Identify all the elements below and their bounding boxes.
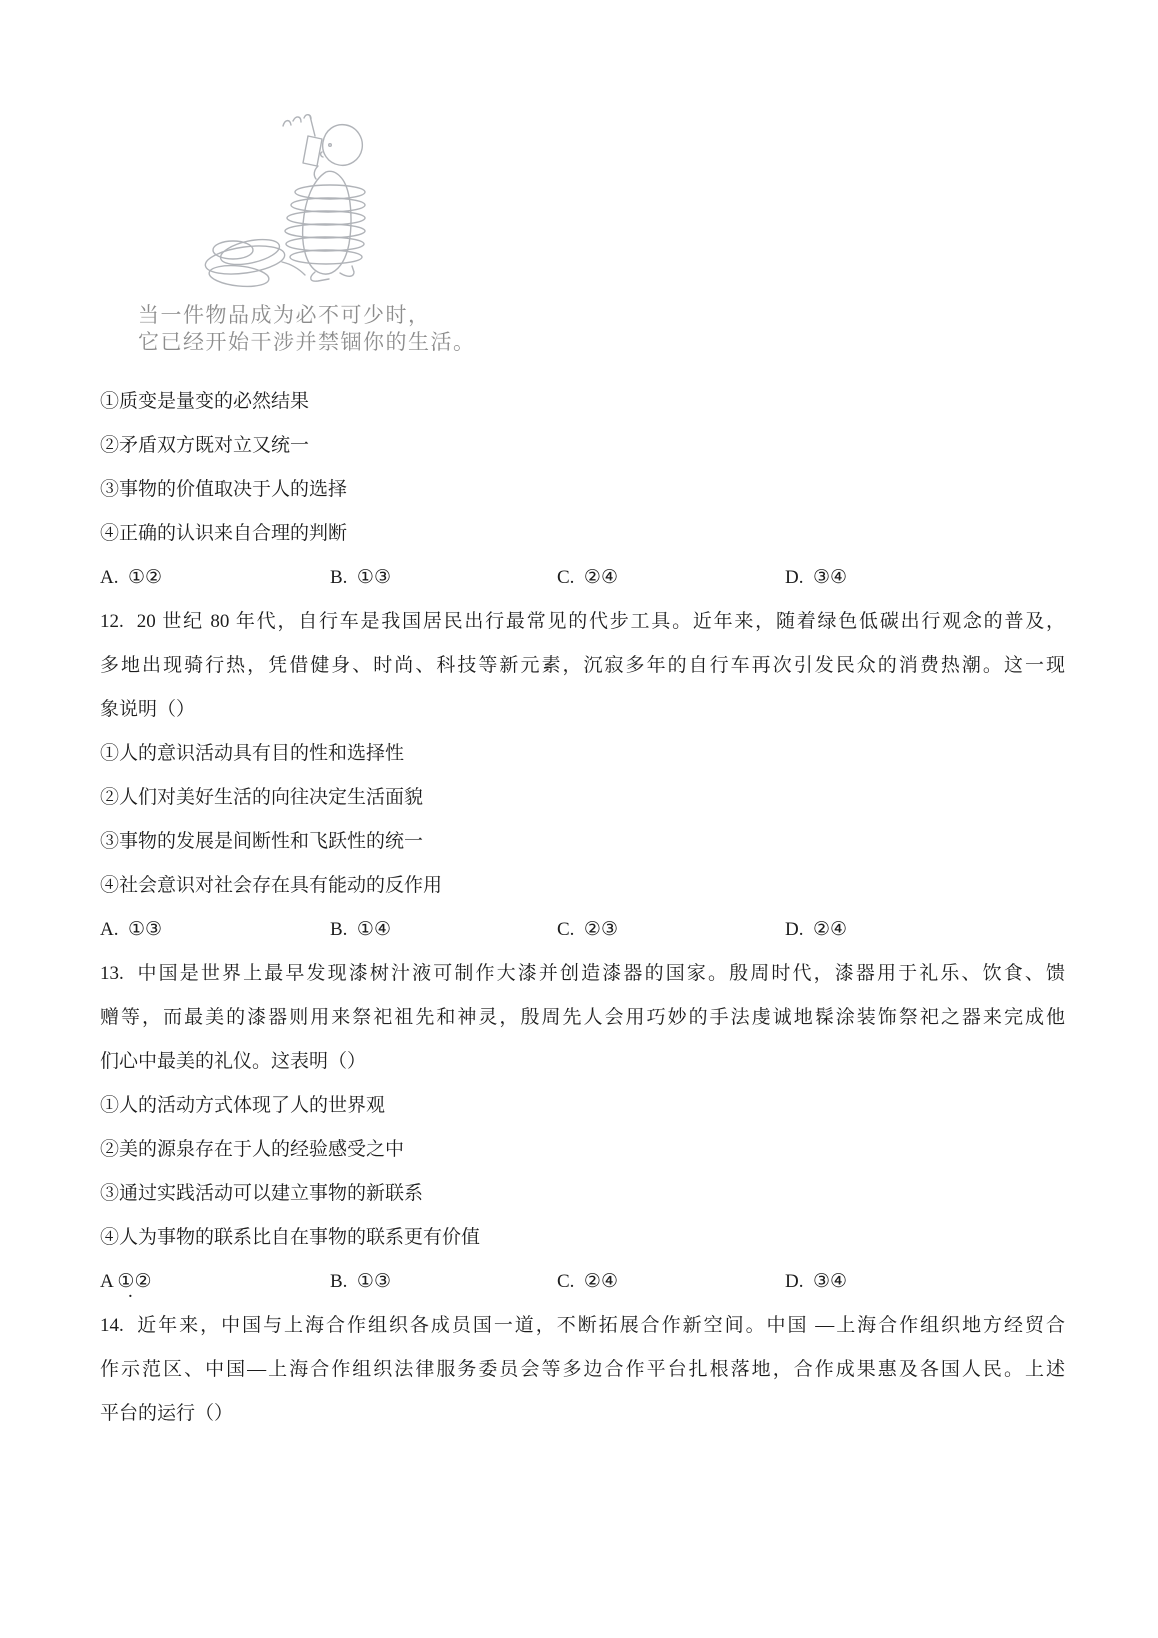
question-12: 12. 20 世纪 80 年代，自行车是我国居民出行最常见的代步工具。近年来，随…	[100, 600, 1065, 952]
q13-answer-d: D. ③④	[785, 1260, 1065, 1304]
signal-squiggle-icon	[283, 115, 311, 126]
q12-answer-a: A. ①③	[100, 908, 330, 952]
q13-option-3: ③通过实践活动可以建立事物的新联系	[100, 1172, 1065, 1216]
question-14: 14. 近年来，中国与上海合作组织各成员国一道，不断拓展合作新空间。中国 —上海…	[100, 1304, 1065, 1436]
q12-text-line-3: 象说明（）	[100, 688, 1065, 732]
q14-text-line-3: 平台的运行（）	[100, 1392, 1065, 1436]
cartoon-illustration	[182, 110, 462, 302]
question-13: 13. 中国是世界上最早发现漆树汁液可制作大漆并创造漆器的国家。殷周时代，漆器用…	[100, 952, 1065, 1304]
mobile-phone-sketch	[303, 136, 322, 166]
q11-answer-c: C. ②④	[557, 556, 785, 600]
q14-text-line-2: 作示范区、中国—上海合作组织法律服务委员会等多边合作平台扎根落地，合作成果惠及各…	[100, 1348, 1065, 1392]
q13-text-line-1: 13. 中国是世界上最早发现漆树汁液可制作大漆并创造漆器的国家。殷周时代，漆器用…	[100, 952, 1065, 996]
q12-text-line-1: 12. 20 世纪 80 年代，自行车是我国居民出行最常见的代步工具。近年来，随…	[100, 600, 1065, 644]
q12-answer-c: C. ②③	[557, 908, 785, 952]
q11-answer-b: B. ①③	[330, 556, 557, 600]
q12-option-2: ②人们对美好生活的向往决定生活面貌	[100, 776, 1065, 820]
q12-answer-b: B. ①④	[330, 908, 557, 952]
q11-option-1: ①质变是量变的必然结果	[100, 380, 1065, 424]
q13-answer-a-text: A ①②	[100, 1271, 152, 1292]
q13-text-line-3: 们心中最美的礼仪。这表明（）	[100, 1040, 1065, 1084]
cartoon-caption-line-2: 它已经开始干涉并禁锢你的生活。	[138, 329, 1065, 356]
q11-answer-row: A. ①② B. ①③ C. ②④ D. ③④	[100, 556, 1065, 600]
q13-answer-a: A ①②.	[100, 1260, 330, 1304]
q12-text-line-2: 多地出现骑行热，凭借健身、时尚、科技等新元素，沉寂多年的自行车再次引发民众的消费…	[100, 644, 1065, 688]
q13-option-4: ④人为事物的联系比自在事物的联系更有价值	[100, 1216, 1065, 1260]
q14-text-line-1: 14. 近年来，中国与上海合作组织各成员国一道，不断拓展合作新空间。中国 —上海…	[100, 1304, 1065, 1348]
question-11: 当一件物品成为必不可少时， 它已经开始干涉并禁锢你的生活。 ①质变是量变的必然结…	[100, 110, 1065, 600]
cord-coil-sketch	[204, 235, 305, 289]
q12-option-4: ④社会意识对社会存在具有能动的反作用	[100, 864, 1065, 908]
q12-option-1: ①人的意识活动具有目的性和选择性	[100, 732, 1065, 776]
q13-option-1: ①人的活动方式体现了人的世界观	[100, 1084, 1065, 1128]
q11-answer-d: D. ③④	[785, 556, 1065, 600]
q12-option-3: ③事物的发展是间断性和飞跃性的统一	[100, 820, 1065, 864]
q13-answer-b: B. ①③	[330, 1260, 557, 1304]
q11-option-3: ③事物的价值取决于人的选择	[100, 468, 1065, 512]
q11-option-4: ④正确的认识来自合理的判断	[100, 512, 1065, 556]
q13-text-line-2: 赠等，而最美的漆器则用来祭祀祖先和神灵，殷周先人会用巧妙的手法虔诚地髹涂装饰祭祀…	[100, 996, 1065, 1040]
exam-page: 当一件物品成为必不可少时， 它已经开始干涉并禁锢你的生活。 ①质变是量变的必然结…	[0, 110, 1158, 1436]
q12-answer-row: A. ①③ B. ①④ C. ②③ D. ②④	[100, 908, 1065, 952]
q12-answer-d: D. ②④	[785, 908, 1065, 952]
q13-answer-row: A ①②. B. ①③ C. ②④ D. ③④	[100, 1260, 1065, 1304]
phone-cord-cartoon-sketch	[182, 110, 462, 302]
q11-answer-a: A. ①②	[100, 556, 330, 600]
q11-option-2: ②矛盾双方既对立又统一	[100, 424, 1065, 468]
q13-answer-c: C. ②④	[557, 1260, 785, 1304]
q13-option-2: ②美的源泉存在于人的经验感受之中	[100, 1128, 1065, 1172]
cartoon-caption-line-1: 当一件物品成为必不可少时，	[138, 302, 1065, 329]
stray-period: .	[128, 1282, 133, 1301]
